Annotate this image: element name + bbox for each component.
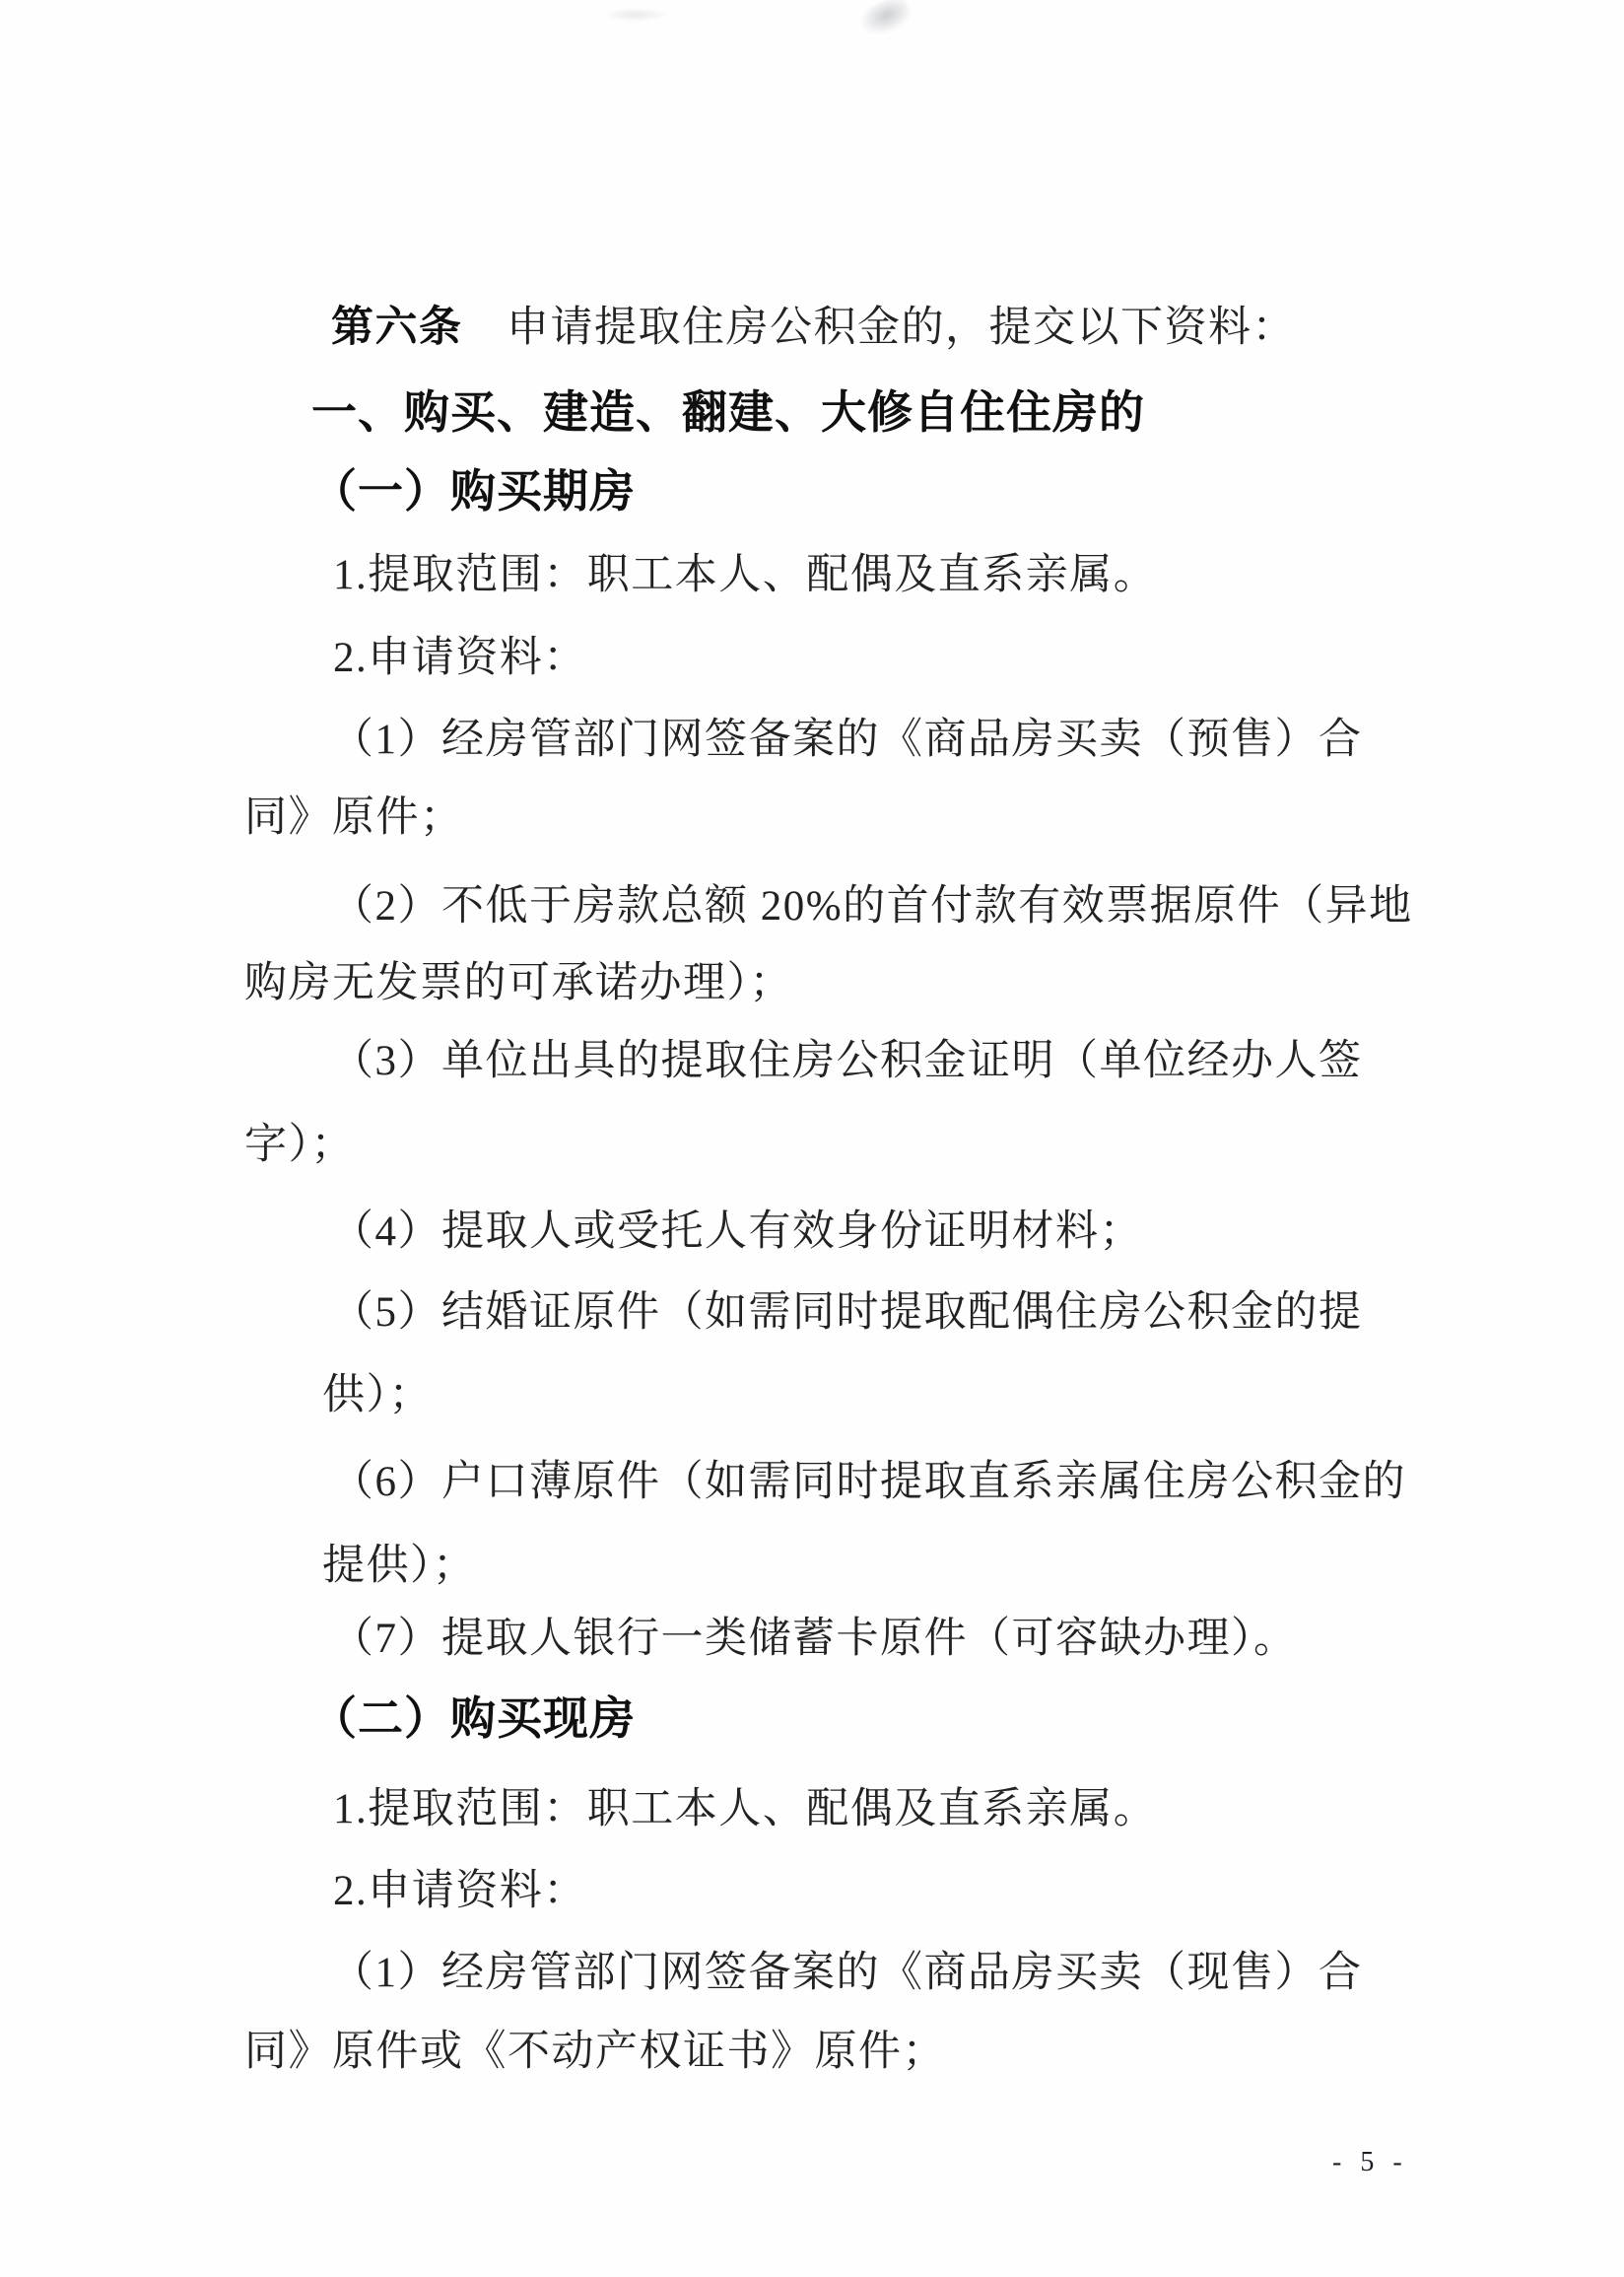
- doc-line-item: （2）不低于房款总额 20%的首付款有效票据原件（异地: [331, 885, 1413, 928]
- scan-smudge-icon: [603, 8, 668, 22]
- doc-line-item: （1）经房管部门网签备案的《商品房买卖（现售）合: [331, 1952, 1363, 1994]
- doc-line-subsection-1-heading: （一）购买期房: [311, 469, 636, 515]
- doc-line-continuation: 同》原件或《不动产权证书》原件；: [244, 2031, 946, 2073]
- doc-line-item: 1.提取范围：职工本人、配偶及直系亲属。: [333, 554, 1157, 596]
- doc-line-continuation: 同》原件；: [244, 796, 464, 839]
- doc-line-item: 1.提取范围：职工本人、配偶及直系亲属。: [333, 1788, 1157, 1830]
- article-number-label: 第六条: [331, 305, 463, 351]
- article-body-text: 申请提取住房公积金的，提交以下资料：: [463, 305, 1297, 351]
- doc-line-item: （4）提取人或受托人有效身份证明材料；: [331, 1210, 1143, 1253]
- doc-line-item: （5）结婚证原件（如需同时提取配偶住房公积金的提: [331, 1291, 1363, 1334]
- doc-line-article-6: 第六条 申请提取住房公积金的，提交以下资料：: [331, 307, 1296, 349]
- doc-line-continuation: 购房无发票的可承诺办理）；: [244, 962, 793, 1004]
- page-number: - 5 -: [1332, 2147, 1408, 2178]
- doc-line-section-1-heading: 一、购买、建造、翻建、大修自住住房的: [311, 390, 1145, 436]
- doc-line-continuation: 供）；: [322, 1374, 433, 1416]
- document-page: 第六条 申请提取住房公积金的，提交以下资料： 一、购买、建造、翻建、大修自住住房…: [0, 0, 1624, 2277]
- doc-line-item: （3）单位出具的提取住房公积金证明（单位经办人签: [331, 1040, 1363, 1082]
- doc-line-item: （1）经房管部门网签备案的《商品房买卖（预售）合: [331, 719, 1363, 761]
- doc-line-item: 2.申请资料：: [333, 637, 587, 679]
- doc-line-item: （6）户口薄原件（如需同时提取直系亲属住房公积金的: [331, 1461, 1406, 1503]
- doc-line-subsection-2-heading: （二）购买现房: [311, 1696, 636, 1742]
- doc-line-item: （7）提取人银行一类储蓄卡原件（可容缺办理）。: [331, 1618, 1298, 1660]
- doc-line-continuation: 字）；: [244, 1124, 355, 1166]
- scan-smudge-icon: [855, 0, 915, 42]
- doc-line-continuation: 提供）；: [322, 1545, 477, 1587]
- doc-line-item: 2.申请资料：: [333, 1870, 587, 1912]
